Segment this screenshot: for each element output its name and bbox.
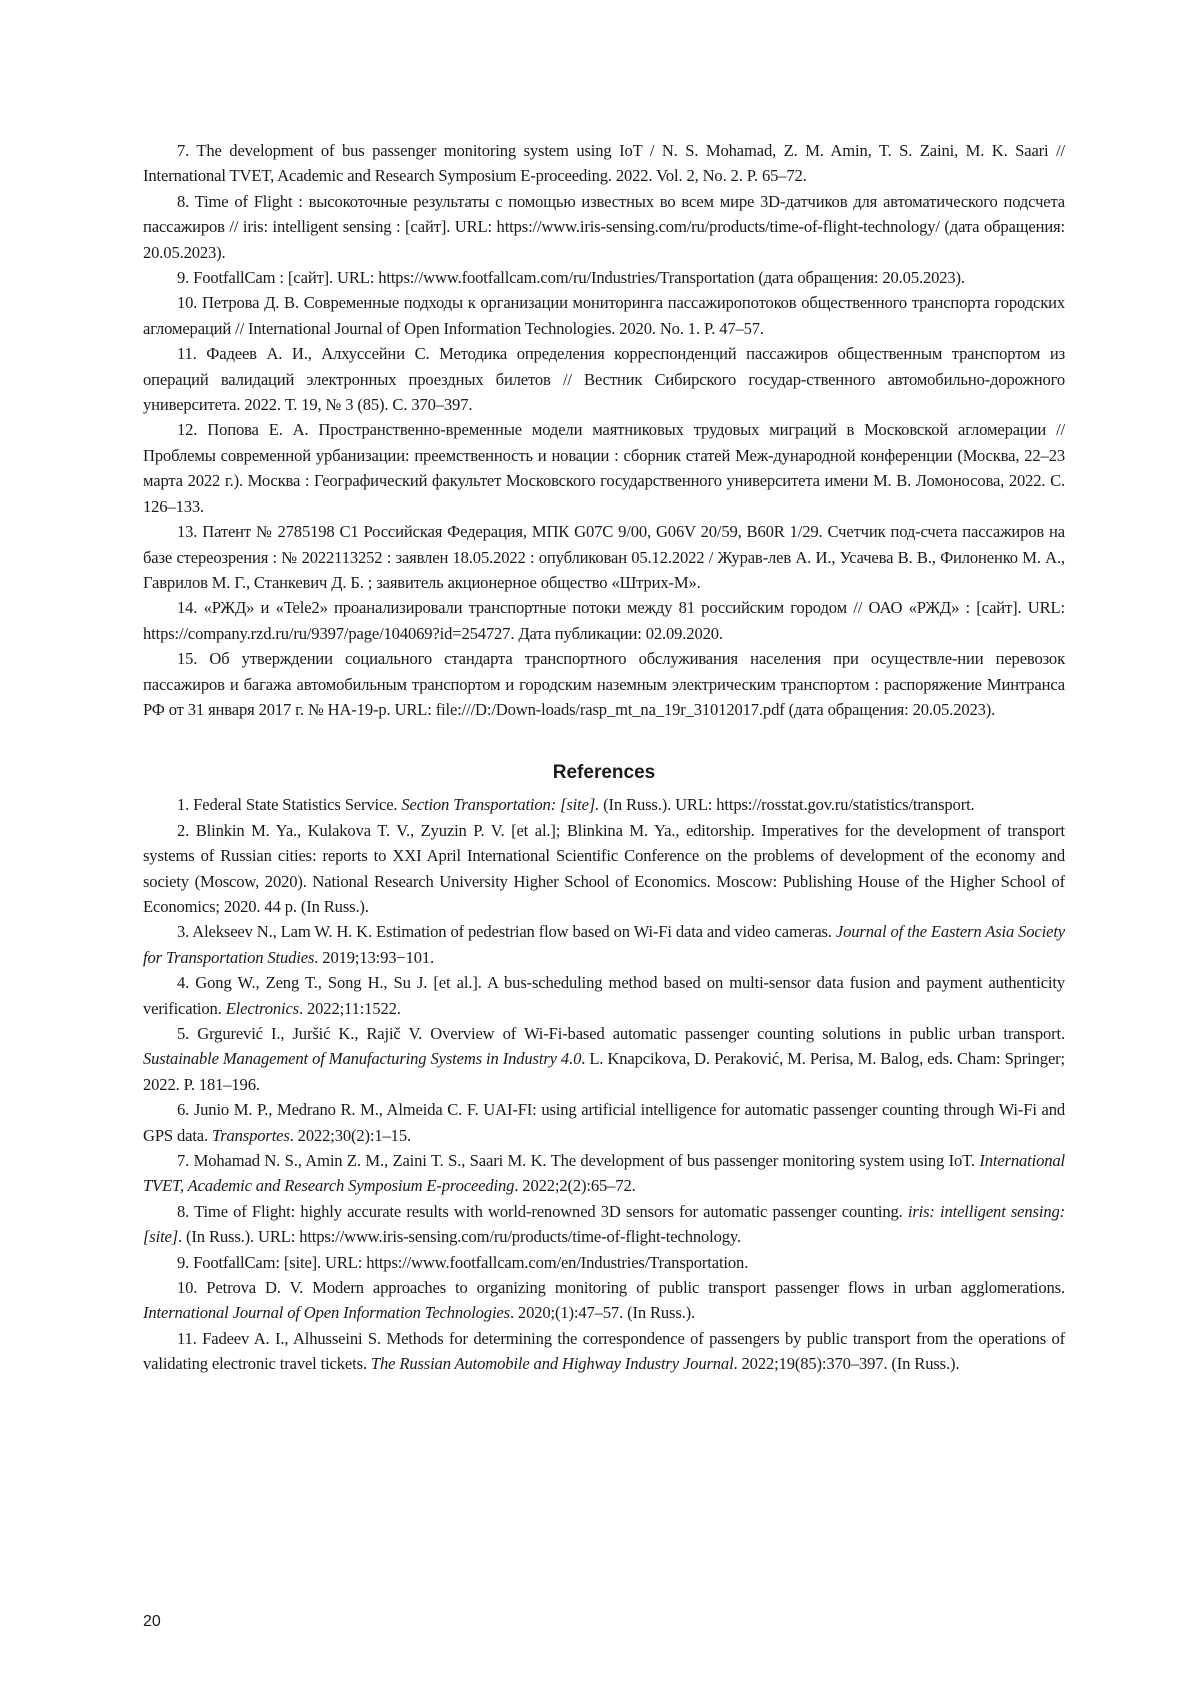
references-heading: References: [143, 760, 1065, 786]
reference-text: . 2022;19(85):370–397. (In Russ.).: [734, 1354, 960, 1373]
page-number: 20: [143, 1613, 161, 1631]
reference-item: 1. Federal State Statistics Service. Sec…: [143, 792, 1065, 817]
reference-item: 4. Gong W., Zeng T., Song H., Su J. [et …: [143, 970, 1065, 1021]
reference-text: 13. Патент № 2785198 C1 Российская Федер…: [143, 522, 1065, 592]
reference-source-title: International Journal of Open Informatio…: [143, 1303, 510, 1322]
reference-item: 11. Фадеев А. И., Алхуссейни С. Методика…: [143, 341, 1065, 417]
reference-text: 7. Mohamad N. S., Amin Z. M., Zaini T. S…: [177, 1151, 979, 1170]
reference-text: 12. Попова Е. А. Пространственно-временн…: [143, 420, 1065, 515]
reference-text: 11. Фадеев А. И., Алхуссейни С. Методика…: [143, 344, 1065, 414]
reference-text: 10. Petrova D. V. Modern approaches to o…: [177, 1278, 1065, 1297]
reference-text: 15. Об утверждении социального стандарта…: [143, 649, 1065, 719]
reference-item: 9. FootfallCam: [site]. URL: https://www…: [143, 1250, 1065, 1275]
reference-item: 8. Time of Flight: highly accurate resul…: [143, 1199, 1065, 1250]
reference-item: 12. Попова Е. А. Пространственно-временн…: [143, 417, 1065, 519]
reference-item: 9. FootfallCam : [сайт]. URL: https://ww…: [143, 265, 1065, 290]
reference-text: 9. FootfallCam : [сайт]. URL: https://ww…: [177, 268, 965, 287]
reference-item: 6. Junio M. P., Medrano R. M., Almeida C…: [143, 1097, 1065, 1148]
reference-text: 7. The development of bus passenger moni…: [143, 141, 1065, 185]
reference-source-title: The Russian Automobile and Highway Indus…: [371, 1354, 734, 1373]
reference-text: 8. Time of Flight: highly accurate resul…: [177, 1202, 908, 1221]
reference-text: 10. Петрова Д. В. Современные подходы к …: [143, 293, 1065, 337]
reference-text: . 2022;2(2):65–72.: [514, 1176, 635, 1195]
reference-item: 14. «РЖД» и «Tele2» проанализировали тра…: [143, 595, 1065, 646]
reference-item: 2. Blinkin M. Ya., Kulakova T. V., Zyuzi…: [143, 818, 1065, 920]
page-body: 7. The development of bus passenger moni…: [143, 138, 1065, 1377]
reference-text: . 2020;(1):47–57. (In Russ.).: [510, 1303, 695, 1322]
reference-text: 9. FootfallCam: [site]. URL: https://www…: [177, 1253, 748, 1272]
russian-reference-list: 7. The development of bus passenger moni…: [143, 138, 1065, 722]
reference-item: 8. Time of Flight : высокоточные результ…: [143, 189, 1065, 265]
reference-text: (In Russ.). URL: https://rosstat.gov.ru/…: [599, 795, 974, 814]
reference-text: 1. Federal State Statistics Service.: [177, 795, 401, 814]
reference-item: 3. Alekseev N., Lam W. H. K. Estimation …: [143, 919, 1065, 970]
english-reference-list: 1. Federal State Statistics Service. Sec…: [143, 792, 1065, 1376]
reference-item: 11. Fadeev A. I., Alhusseini S. Methods …: [143, 1326, 1065, 1377]
reference-item: 7. The development of bus passenger moni…: [143, 138, 1065, 189]
reference-item: 7. Mohamad N. S., Amin Z. M., Zaini T. S…: [143, 1148, 1065, 1199]
reference-text: 2. Blinkin M. Ya., Kulakova T. V., Zyuzi…: [143, 821, 1065, 916]
reference-item: 10. Петрова Д. В. Современные подходы к …: [143, 290, 1065, 341]
reference-text: 8. Time of Flight : высокоточные результ…: [143, 192, 1065, 262]
reference-text: 5. Grgurević I., Juršić K., Rajič V. Ove…: [177, 1024, 1065, 1043]
reference-text: . 2022;30(2):1–15.: [290, 1126, 411, 1145]
reference-item: 13. Патент № 2785198 C1 Российская Федер…: [143, 519, 1065, 595]
reference-source-title: Electronics: [226, 999, 299, 1018]
reference-text: 14. «РЖД» и «Tele2» проанализировали тра…: [143, 598, 1065, 642]
reference-item: 15. Об утверждении социального стандарта…: [143, 646, 1065, 722]
reference-item: 10. Petrova D. V. Modern approaches to o…: [143, 1275, 1065, 1326]
reference-text: . 2022;11:1522.: [299, 999, 401, 1018]
reference-text: . (In Russ.). URL: https://www.iris-sens…: [178, 1227, 741, 1246]
reference-item: 5. Grgurević I., Juršić K., Rajič V. Ove…: [143, 1021, 1065, 1097]
reference-source-title: Section Transportation: [site].: [401, 795, 599, 814]
reference-text: 3. Alekseev N., Lam W. H. K. Estimation …: [177, 922, 836, 941]
reference-source-title: Sustainable Management of Manufacturing …: [143, 1049, 581, 1068]
reference-source-title: Transportes: [212, 1126, 290, 1145]
reference-text: . 2019;13:93−101.: [314, 948, 434, 967]
